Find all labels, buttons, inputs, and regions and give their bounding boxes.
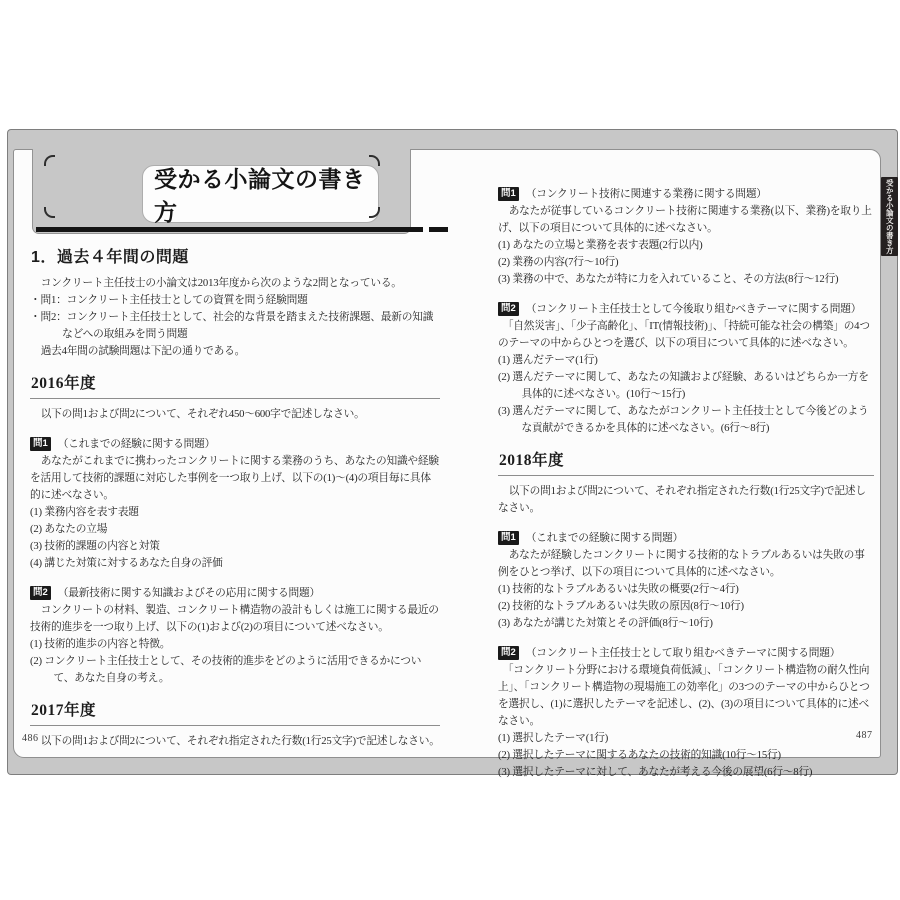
year-heading-2016: 2016年度 (30, 375, 440, 399)
page-number-right: 487 (856, 730, 873, 741)
question-badge: 問1 (498, 187, 519, 201)
header-rule (36, 227, 423, 232)
edge-chapter-tab-label: 受かる小論文の書き方 (886, 179, 894, 254)
question-body: コンクリートの材料、製造、コンクリート構造物の設計もしくは施工に関する最近の技術… (30, 602, 440, 636)
question-body: あなたがこれまでに携わったコンクリートに関する業務のうち、あなたの知識や経験を活… (30, 453, 440, 504)
question-body: あなたが経験したコンクリートに関する技術的なトラブルあるいは失敗の事例をひとつ挙… (498, 547, 874, 581)
year-instruction: 以下の問1および問2について、それぞれ指定された行数(1行25文字)で記述しなさ… (30, 733, 440, 750)
year-instruction: 以下の問1および問2について、それぞれ450〜600字で記述しなさい。 (30, 406, 440, 423)
question-block: 問2（コンクリート主任技士として今後取り組むべきテーマに関する問題） 「自然災害… (498, 301, 874, 437)
question-item: (1) 技術的進歩の内容と特徴。 (30, 636, 440, 653)
question-heading: 問1（コンクリート技術に関連する業務に関する問題） (498, 186, 874, 203)
question-item: (3) あなたが講じた対策とその評価(8行〜10行) (498, 615, 874, 632)
year-instruction: 以下の問1および問2について、それぞれ指定された行数(1行25文字)で記述しなさ… (498, 483, 874, 517)
question-body: あなたが従事しているコンクリート技術に関連する業務(以下、業務)を取り上げ、以下… (498, 203, 874, 237)
left-page-content: 1．過去４年間の問題 コンクリート主任技士の小論文は2013年度から次のような2… (30, 249, 440, 750)
question-title: （これまでの経験に関する問題） (58, 438, 215, 450)
question-title: （コンクリート主任技士として今後取り組むべきテーマに関する問題） (526, 303, 861, 315)
question-block: 問1（これまでの経験に関する問題） あなたが経験したコンクリートに関する技術的な… (498, 530, 874, 632)
question-badge: 問1 (498, 531, 519, 545)
question-title: （コンクリート技術に関連する業務に関する問題） (526, 188, 767, 200)
question-item: (3) 選択したテーマに対して、あなたが考える今後の展望(6行〜8行) (498, 764, 874, 781)
corner-mark-icon (44, 155, 55, 166)
question-item: (1) 選択したテーマ(1行) (498, 730, 874, 747)
question-item: (1) 業務内容を表す表題 (30, 504, 440, 521)
chapter-title-tab: 受かる小論文の書き方 (142, 165, 379, 223)
question-badge: 問2 (498, 302, 519, 316)
question-block: 問1（これまでの経験に関する問題） あなたがこれまでに携わったコンクリートに関す… (30, 436, 440, 572)
chapter-title: 受かる小論文の書き方 (154, 161, 378, 227)
header-rule-segment (429, 227, 448, 232)
question-heading: 問2（コンクリート主任技士として取り組むべきテーマに関する問題） (498, 645, 874, 662)
year-heading-2017: 2017年度 (30, 702, 440, 726)
question-item: (3) 業務の中で、あなたが特に力を入れていること、その方法(8行〜12行) (498, 271, 874, 288)
question-heading: 問1（これまでの経験に関する問題） (498, 530, 874, 547)
question-item: (2) コンクリート主任技士として、その技術的進歩をどのように活用できるかについ… (30, 653, 440, 687)
question-item: (2) 技術的なトラブルあるいは失敗の原因(8行〜10行) (498, 598, 874, 615)
question-item: (2) 選択したテーマに関するあなたの技術的知識(10行〜15行) (498, 747, 874, 764)
question-heading: 問1（これまでの経験に関する問題） (30, 436, 440, 453)
question-item: (3) 技術的課題の内容と対策 (30, 538, 440, 555)
question-item: (2) あなたの立場 (30, 521, 440, 538)
question-block: 問1（コンクリート技術に関連する業務に関する問題） あなたが従事しているコンクリ… (498, 186, 874, 288)
question-block: 問2（最新技術に関する知識およびその応用に関する問題） コンクリートの材料、製造… (30, 585, 440, 687)
intro-paragraph: 過去4年間の試験問題は下記の通りである。 (30, 343, 440, 360)
question-title: （これまでの経験に関する問題） (526, 532, 683, 544)
question-item: (2) 選んだテーマに関して、あなたの知識および経験、あるいはどちらか一方を具体… (498, 369, 874, 403)
edge-chapter-tab: 受かる小論文の書き方 (881, 177, 898, 256)
right-page-content: 問1（コンクリート技術に関連する業務に関する問題） あなたが従事しているコンクリ… (498, 186, 874, 781)
question-title: （コンクリート主任技士として取り組むべきテーマに関する問題） (526, 647, 840, 659)
question-item: (1) あなたの立場と業務を表す表題(2行以内) (498, 237, 874, 254)
question-badge: 問1 (30, 437, 51, 451)
question-badge: 問2 (30, 586, 51, 600)
question-heading: 問2（コンクリート主任技士として今後取り組むべきテーマに関する問題） (498, 301, 874, 318)
question-title: （最新技術に関する知識およびその応用に関する問題） (58, 587, 320, 599)
page-number-left: 486 (22, 733, 39, 744)
question-item: (4) 講じた対策に対するあなた自身の評価 (30, 555, 440, 572)
intro-bullet: ・問1：コンクリート主任技士としての資質を問う経験問題 (30, 292, 440, 309)
year-heading-2018: 2018年度 (498, 452, 874, 476)
book-photo-canvas: { "colors":{"frame_gray":"#c7c7c7","page… (0, 0, 900, 900)
intro-paragraph: コンクリート主任技士の小論文は2013年度から次のような2問となっている。 (30, 275, 440, 292)
question-body: 「コンクリート分野における環境負荷低減」、「コンクリート構造物の耐久性向上」、「… (498, 662, 874, 730)
question-item: (3) 選んだテーマに関して、あなたがコンクリート主任技士として今後どのような貢… (498, 403, 874, 437)
question-item: (1) 選んだテーマ(1行) (498, 352, 874, 369)
question-item: (2) 業務の内容(7行〜10行) (498, 254, 874, 271)
question-badge: 問2 (498, 646, 519, 660)
intro-bullet: ・問2：コンクリート主任技士として、社会的な背景を踏まえた技術課題、最新の知識な… (30, 309, 440, 343)
question-heading: 問2（最新技術に関する知識およびその応用に関する問題） (30, 585, 440, 602)
section-heading: 1．過去４年間の問題 (31, 249, 440, 266)
question-item: (1) 技術的なトラブルあるいは失敗の概要(2行〜4行) (498, 581, 874, 598)
question-body: 「自然災害」、「少子高齢化」、「IT(情報技術)」、「持続可能な社会の構築」の4… (498, 318, 874, 352)
question-block: 問2（コンクリート主任技士として取り組むべきテーマに関する問題） 「コンクリート… (498, 645, 874, 781)
